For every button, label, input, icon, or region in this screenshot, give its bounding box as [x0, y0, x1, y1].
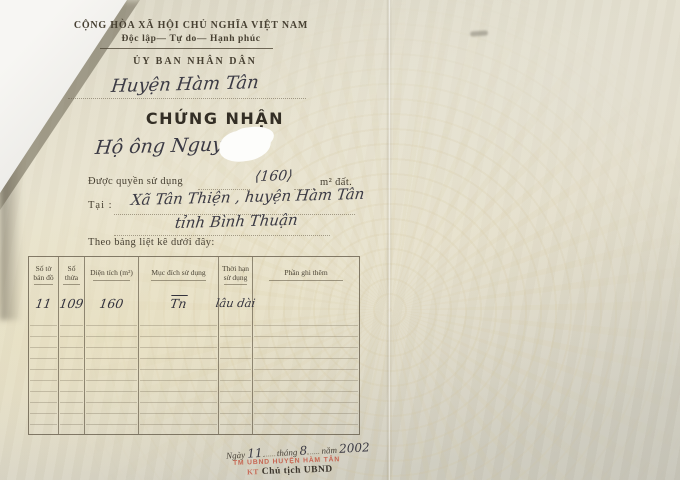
- column-header: Mục đích sử dụng: [139, 257, 218, 291]
- table-cell: 11: [27, 291, 59, 315]
- table-cell: Tn: [137, 291, 219, 315]
- location-line2-handwritten: tỉnh Bình Thuận: [174, 211, 299, 232]
- ruled-lines: [30, 315, 57, 434]
- motto-underline: [100, 48, 273, 49]
- vertical-fold-crease: [386, 0, 392, 480]
- ruled-lines: [220, 315, 251, 434]
- national-motto-line1: CỘNG HÒA XÃ HỘI CHỦ NGHĨA VIỆT NAM: [66, 20, 316, 31]
- issuer-title: ỦY BAN NHÂN DÂN: [95, 56, 295, 67]
- ruled-lines: [86, 315, 137, 434]
- issuer-name-handwritten: Huyện Hàm Tân: [110, 72, 260, 97]
- header-rule: [93, 280, 130, 281]
- column-header: Số tờ bản đồ: [29, 257, 58, 291]
- table-cell: lâu dài: [217, 291, 253, 315]
- header-rule: [224, 284, 246, 285]
- parcel-table: Số tờ bản đồ 11 Số thửa 109 Diện tích (m…: [28, 256, 360, 435]
- land-area-value: ⟨160⟩: [254, 168, 293, 185]
- column-header: Thời hạn sử dụng: [219, 257, 252, 291]
- photo-of-certificate: CỘNG HÒA XÃ HỘI CHỦ NGHĨA VIỆT NAM Độc l…: [0, 0, 680, 480]
- column-header-label: Số thửa: [60, 264, 83, 283]
- national-motto-line2: Độc lập— Tự do— Hạnh phúc: [66, 34, 316, 44]
- header-rule: [63, 284, 80, 285]
- table-column-notes: Phần ghi thêm: [253, 257, 359, 434]
- header-rule: [269, 280, 344, 281]
- column-header-label: Phần ghi thêm: [284, 268, 327, 277]
- date-leader: [307, 445, 319, 455]
- issuer-dotted-line: [68, 97, 306, 99]
- location-dotted-line2: [114, 234, 330, 236]
- table-column-parcel-number: Số thửa 109: [59, 257, 85, 434]
- table-cell: 109: [57, 291, 85, 315]
- table-column-purpose: Mục đích sử dụng Tn: [139, 257, 219, 434]
- date-year-handwritten: 2002: [339, 440, 370, 456]
- header-rule: [151, 280, 206, 281]
- left-edge-shadow: [0, 150, 22, 320]
- date-leader: [262, 447, 274, 457]
- table-column-duration: Thời hạn sử dụng lâu dài: [219, 257, 253, 434]
- column-header: Diện tích (m²): [85, 257, 138, 291]
- land-use-label: Được quyền sử dụng: [88, 176, 183, 187]
- location-label: Tại :: [88, 200, 113, 211]
- column-header: Số thửa: [59, 257, 84, 291]
- column-header-label: Mục đích sử dụng: [151, 268, 205, 277]
- table-cell: 160: [83, 291, 139, 315]
- table-cell: [251, 291, 360, 315]
- header-rule: [34, 284, 53, 285]
- column-header-label: Số tờ bản đồ: [30, 264, 57, 283]
- table-column-area: Diện tích (m²) 160: [85, 257, 139, 434]
- date-word-year: năm: [321, 445, 337, 456]
- table-column-map-sheet: Số tờ bản đồ 11: [29, 257, 59, 434]
- column-header-label: Thời hạn sử dụng: [220, 264, 251, 283]
- certificate-title: CHỨNG NHẬN: [110, 109, 320, 128]
- ruled-lines: [60, 315, 83, 434]
- ruled-lines: [254, 315, 358, 434]
- ruled-lines: [140, 315, 217, 434]
- column-header: Phần ghi thêm: [253, 257, 359, 291]
- table-intro: Theo bảng liệt kê dưới đây:: [88, 237, 215, 248]
- stamp-kt-mark: KT: [247, 467, 259, 476]
- column-header-label: Diện tích (m²): [90, 268, 133, 277]
- date-word-month: tháng: [277, 447, 298, 458]
